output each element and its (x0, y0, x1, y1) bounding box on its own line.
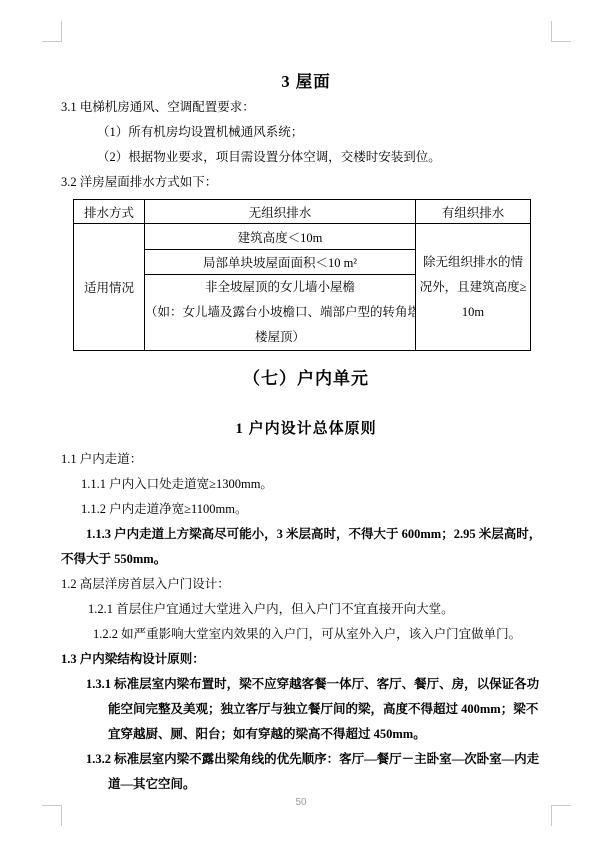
unorganized-case-3-cell: 非全坡屋顶的女儿墙小屋檐 （如：女儿墙及露台小坡檐口、端部户型的转角塔 楼屋顶） (145, 275, 416, 351)
list-item-2: （2）根据物业要求，项目需设置分体空调，交楼时安装到位。 (61, 145, 551, 170)
indoor-section-subtitle: 1 户内设计总体原则 (61, 417, 551, 441)
organized-case-line: 况外，且建筑高度≥ (416, 275, 530, 300)
para-1-3-2-line: 1.3.2 标准层室内梁不露出梁角线的优先顺序：客厅—餐厅－主卧室—次卧室—内走 (61, 747, 551, 772)
organized-case-line: 10m (416, 300, 530, 325)
page-number: 50 (0, 797, 602, 808)
crop-mark-bottom-left (42, 805, 62, 826)
page-content: 3 屋面 3.1 电梯机房通风、空调配置要求： （1）所有机房均设置机械通风系统… (61, 0, 551, 797)
para-1-2-2: 1.2.2 如严重影响大堂室内效果的入户门，可从室外入户，该入户门宜做单门。 (61, 622, 551, 647)
para-3-2: 3.2 洋房屋面排水方式如下： (61, 170, 551, 195)
table-row: 适用情况 建筑高度＜10m 除无组织排水的情 况外，且建筑高度≥ 10m (74, 224, 531, 250)
indoor-section-title: （七）户内单元 (61, 365, 551, 392)
row-label-cell: 适用情况 (74, 224, 145, 351)
para-1-1-3-line: 1.1.3 户内走道上方梁高尽可能小，3 米层高时，不得大于 600mm；2.9… (61, 522, 551, 547)
para-1-1-1: 1.1.1 户内入口处走道宽≥1300mm。 (61, 472, 551, 497)
table-header-row: 排水方式 无组织排水 有组织排水 (74, 200, 531, 224)
header-cell-method: 排水方式 (74, 200, 145, 224)
unorganized-case-3-line: 非全坡屋顶的女儿墙小屋檐 (145, 275, 415, 300)
para-1-3-2-line: 道—其它空间。 (61, 772, 551, 797)
unorganized-case-3-line: （如：女儿墙及露台小坡檐口、端部户型的转角塔 (145, 300, 415, 325)
para-1-3: 1.3 户内梁结构设计原则： (61, 647, 551, 672)
para-1-1-2: 1.1.2 户内走道净宽≥1100mm。 (61, 497, 551, 522)
indoor-section-body: 1.1 户内走道： 1.1.1 户内入口处走道宽≥1300mm。 1.1.2 户… (61, 447, 551, 797)
organized-case-cell: 除无组织排水的情 况外，且建筑高度≥ 10m (416, 224, 531, 351)
header-cell-unorganized: 无组织排水 (145, 200, 416, 224)
unorganized-case-1-cell: 建筑高度＜10m (145, 224, 416, 250)
roof-section-title: 3 屋面 (61, 68, 551, 95)
drainage-table: 排水方式 无组织排水 有组织排水 适用情况 建筑高度＜10m 除无组织排水的情 … (73, 199, 531, 351)
header-cell-organized: 有组织排水 (416, 200, 531, 224)
para-1-1: 1.1 户内走道： (61, 447, 551, 472)
document-page: { "page": { "number": "50" }, "roof_sect… (0, 0, 602, 852)
para-1-1-3-line: 不得大于 550mm。 (61, 547, 551, 572)
crop-mark-bottom-right (551, 805, 571, 826)
para-1-3-1-line: 1.3.1 标准层室内梁布置时，梁不应穿越客餐一体厅、客厅、餐厅、房，以保证各功 (61, 672, 551, 697)
para-1-2: 1.2 高层洋房首层入户门设计： (61, 572, 551, 597)
crop-mark-top-right (551, 21, 571, 42)
unorganized-case-2-cell: 局部单块坡屋面面积＜10 m² (145, 250, 416, 275)
list-item-1: （1）所有机房均设置机械通风系统； (61, 120, 551, 145)
para-1-3-1-line: 宜穿越厨、厕、阳台；如有穿越的梁高不得超过 450mm。 (61, 722, 551, 747)
organized-case-line: 除无组织排水的情 (416, 250, 530, 275)
crop-mark-top-left (42, 21, 62, 42)
unorganized-case-3-line: 楼屋顶） (145, 325, 415, 350)
para-3-1: 3.1 电梯机房通风、空调配置要求： (61, 95, 551, 120)
para-1-2-1: 1.2.1 首层住户宜通过大堂进入户内，但入户门不宜直接开向大堂。 (61, 597, 551, 622)
para-1-3-1-line: 能空间完整及美观；独立客厅与独立餐厅间的梁，高度不得超过 400mm；梁不 (61, 697, 551, 722)
